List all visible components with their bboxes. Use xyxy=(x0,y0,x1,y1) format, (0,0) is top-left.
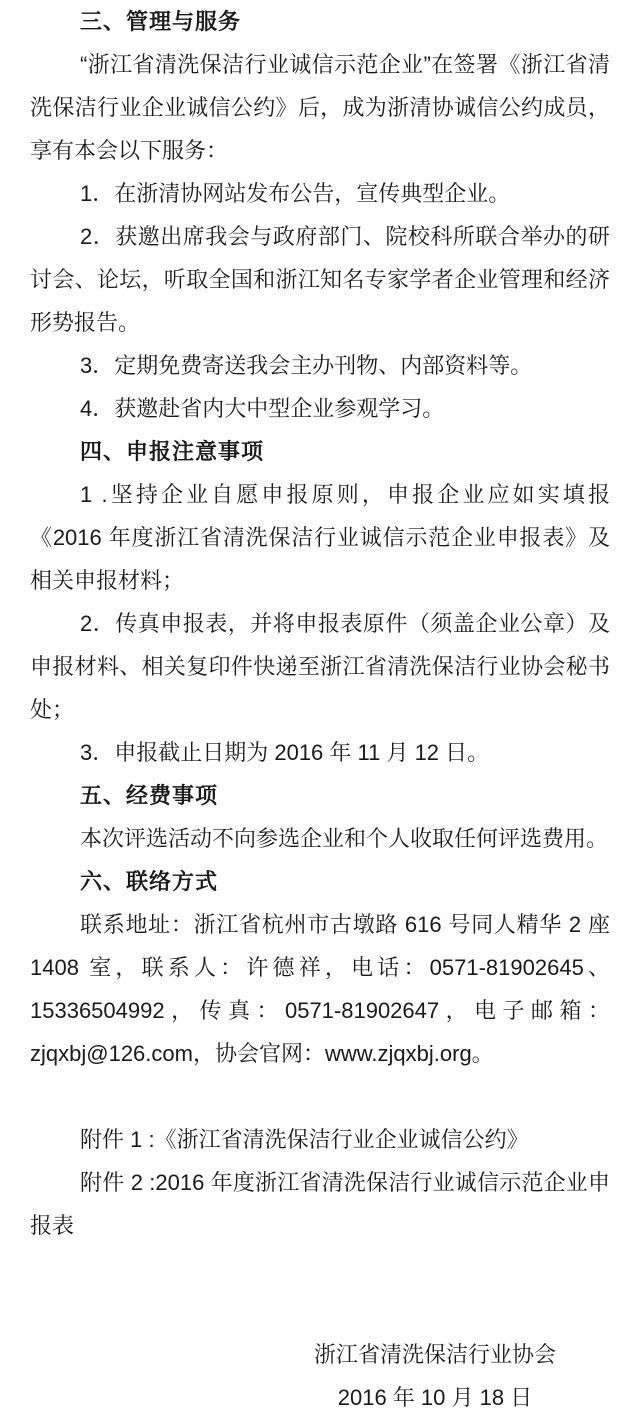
list-item-application-3: 3．申报截止日期为 2016 年 11 月 12 日。 xyxy=(30,731,610,774)
signature-block: 浙江省清洗保洁行业协会 2016 年 10 月 18 日 xyxy=(285,1333,585,1419)
paragraph-contact-info: 联系地址：浙江省杭州市古墩路 616 号同人精华 2 座 1408 室，联系人：… xyxy=(30,903,610,1075)
blank-line xyxy=(30,1075,610,1118)
section-heading-fees: 五、经费事项 xyxy=(30,774,610,817)
list-item-application-2: 2．传真申报表，并将申报表原件（须盖企业公章）及申报材料、相关复印件快递至浙江省… xyxy=(30,602,610,731)
blank-lines xyxy=(30,1247,610,1333)
attachment-item-1: 附件 1 :《浙江省清洗保洁行业企业诚信公约》 xyxy=(30,1118,610,1161)
signature-date: 2016 年 10 月 18 日 xyxy=(285,1376,585,1419)
section-heading-contact: 六、联络方式 xyxy=(30,860,610,903)
list-item-service-1: 1．在浙清协网站发布公告，宣传典型企业。 xyxy=(30,172,610,215)
section-heading-management-services: 三、管理与服务 xyxy=(30,0,610,43)
paragraph-credit-members-intro: “浙江省清洗保洁行业诚信示范企业”在签署《浙江省清洗保洁行业企业诚信公约》后，成… xyxy=(30,43,610,172)
signature-organization: 浙江省清洗保洁行业协会 xyxy=(285,1333,585,1376)
list-item-service-2: 2．获邀出席我会与政府部门、院校科所联合举办的研讨会、论坛，听取全国和浙江知名专… xyxy=(30,215,610,344)
paragraph-no-fees: 本次评选活动不向参选企业和个人收取任何评选费用。 xyxy=(30,817,610,860)
section-heading-application-notes: 四、申报注意事项 xyxy=(30,430,610,473)
attachment-item-2: 附件 2 :2016 年度浙江省清洗保洁行业诚信示范企业申报表 xyxy=(30,1161,610,1247)
document-page: 三、管理与服务 “浙江省清洗保洁行业诚信示范企业”在签署《浙江省清洗保洁行业企业… xyxy=(0,0,640,1419)
list-item-service-4: 4．获邀赴省内大中型企业参观学习。 xyxy=(30,387,610,430)
list-item-application-1: 1 .坚持企业自愿申报原则，申报企业应如实填报《2016 年度浙江省清洗保洁行业… xyxy=(30,473,610,602)
list-item-service-3: 3．定期免费寄送我会主办刊物、内部资料等。 xyxy=(30,344,610,387)
